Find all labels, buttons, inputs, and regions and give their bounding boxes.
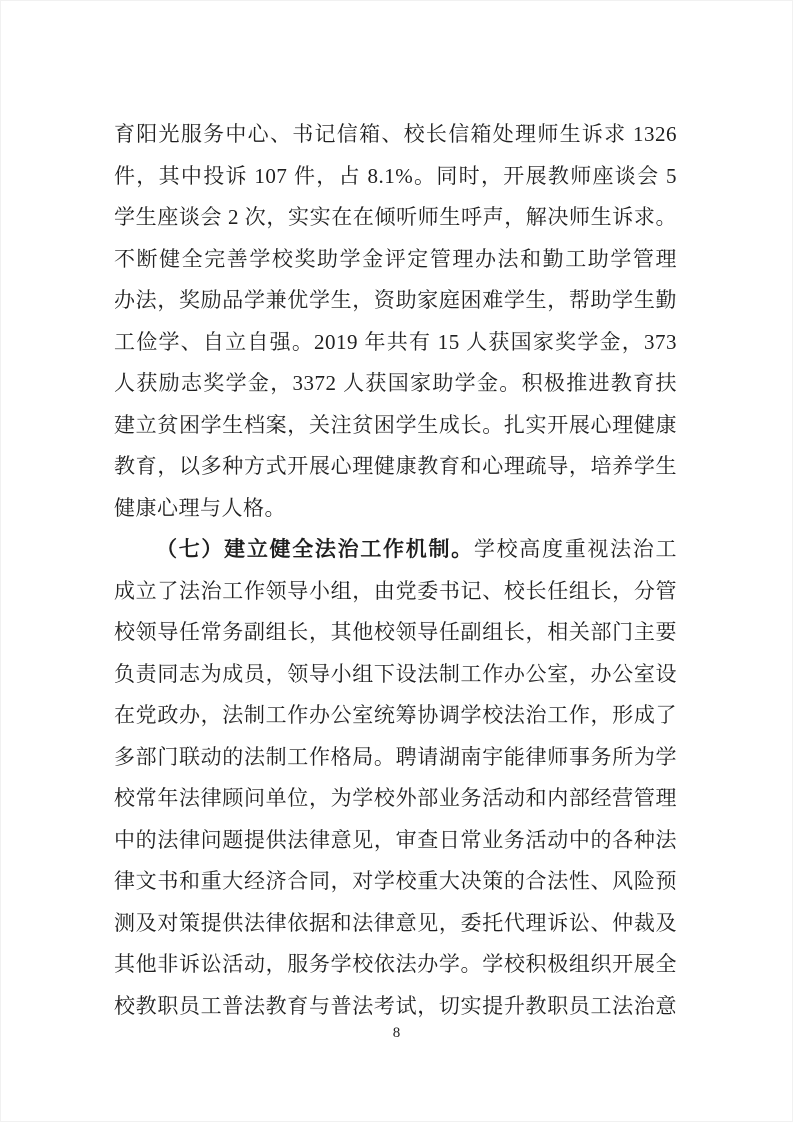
text-line: 成立了法治工作领导小组，由党委书记、校长任组长，分管 <box>114 571 677 613</box>
text-line: 校常年法律顾问单位，为学校外部业务活动和内部经营管理 <box>114 778 677 820</box>
text-line: 件，其中投诉 107 件，占 8.1%。同时，开展教师座谈会 5 次、 <box>114 156 677 198</box>
text-line: 学生座谈会 2 次，实实在在倾听师生呼声，解决师生诉求。 <box>114 197 677 239</box>
text-line: 工俭学、自立自强。2019 年共有 15 人获国家奖学金，373 <box>114 322 677 364</box>
section-heading: （七）建立健全法治工作机制。 <box>156 537 474 561</box>
text-line: 多部门联动的法制工作格局。聘请湖南宇能律师事务所为学 <box>114 737 677 779</box>
text-line: 在党政办，法制工作办公室统筹协调学校法治工作，形成了 <box>114 695 677 737</box>
text-line: 不断健全完善学校奖助学金评定管理办法和勤工助学管理 <box>114 239 677 281</box>
text-line: （七）建立健全法治工作机制。学校高度重视法治工作， <box>114 529 677 571</box>
text-line: 测及对策提供法律依据和法律意见，委托代理诉讼、仲裁及 <box>114 903 677 945</box>
text-line: 校领导任常务副组长，其他校领导任副组长，相关部门主要 <box>114 612 677 654</box>
text-line: 人获励志奖学金，3372 人获国家助学金。积极推进教育扶贫， <box>114 363 677 405</box>
text-line: 律文书和重大经济合同，对学校重大决策的合法性、风险预 <box>114 861 677 903</box>
page-footer: 8 <box>1 1023 792 1043</box>
text-line: 建立贫困学生档案，关注贫困学生成长。扎实开展心理健康 <box>114 405 677 447</box>
text-line: 其他非诉讼活动，服务学校依法办学。学校积极组织开展全 <box>114 944 677 986</box>
text-line: 育阳光服务中心、书记信箱、校长信箱处理师生诉求 1326 <box>114 114 677 156</box>
text-line: 中的法律问题提供法律意见，审查日常业务活动中的各种法 <box>114 820 677 862</box>
document-page: 育阳光服务中心、书记信箱、校长信箱处理师生诉求 1326件，其中投诉 107 件… <box>0 0 793 1122</box>
page-number: 8 <box>393 1025 401 1041</box>
text-line: 负责同志为成员，领导小组下设法制工作办公室，办公室设 <box>114 654 677 696</box>
text-line: 健康心理与人格。 <box>114 488 677 530</box>
text-line: 教育，以多种方式开展心理健康教育和心理疏导，培养学生 <box>114 446 677 488</box>
text-line: 校教职员工普法教育与普法考试，切实提升教职员工法治意 <box>114 986 677 1028</box>
text-line: 办法，奖励品学兼优学生，资助家庭困难学生，帮助学生勤 <box>114 280 677 322</box>
text-block: 育阳光服务中心、书记信箱、校长信箱处理师生诉求 1326件，其中投诉 107 件… <box>114 114 677 1027</box>
